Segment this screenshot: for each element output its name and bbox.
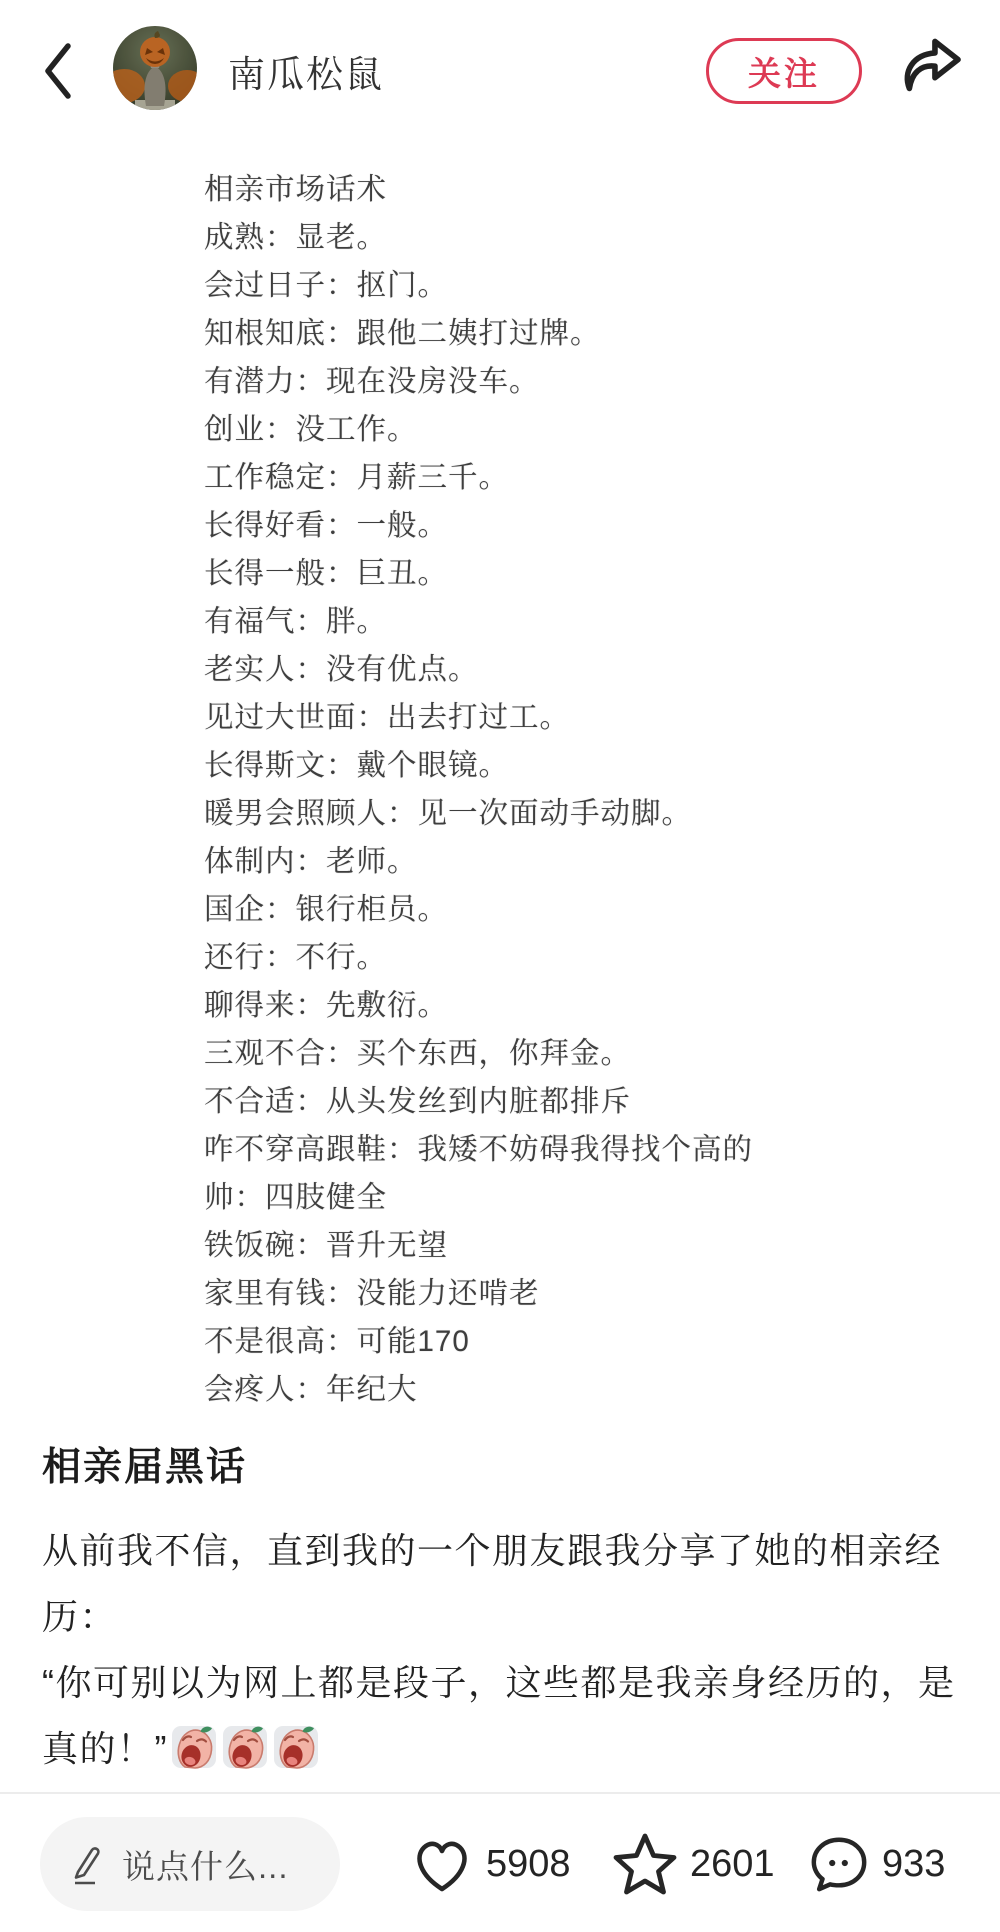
post-caption: 相亲届黑话 从前我不信，直到我的一个朋友跟我分享了她的相亲经历： “你可别以为网… xyxy=(42,1444,968,1782)
author-username[interactable]: 南瓜松鼠 xyxy=(228,44,384,98)
caption-paragraph-1: 从前我不信，直到我的一个朋友跟我分享了她的相亲经历： xyxy=(42,1518,968,1650)
image-text-line: 有福气：胖。 xyxy=(0,598,1000,646)
comment-input[interactable]: 说点什么... xyxy=(40,1817,340,1911)
share-arrow-icon xyxy=(897,37,963,97)
image-text-line: 体制内：老师。 xyxy=(0,838,1000,886)
image-text-line: 不是很高：可能170 xyxy=(0,1318,1000,1366)
image-text-line: 铁饭碗：晋升无望 xyxy=(0,1222,1000,1270)
image-text-line: 相亲市场话术 xyxy=(0,166,1000,214)
image-text-line: 咋不穿高跟鞋：我矮不妨碍我得找个高的 xyxy=(0,1126,1000,1174)
image-text-line: 三观不合：买个东西，你拜金。 xyxy=(0,1030,1000,1078)
back-button[interactable] xyxy=(38,40,78,102)
image-text-line: 工作稳定：月薪三千。 xyxy=(0,454,1000,502)
emoji-row xyxy=(168,1728,321,1769)
image-text-line: 长得斯文：戴个眼镜。 xyxy=(0,742,1000,790)
wailing-face-emoji xyxy=(273,1723,321,1771)
chevron-left-icon xyxy=(40,41,76,101)
collect-button[interactable]: 2601 xyxy=(612,1794,775,1932)
image-text-line: 长得好看：一般。 xyxy=(0,502,1000,550)
image-text-line: 创业：没工作。 xyxy=(0,406,1000,454)
pumpkin-squirrel-avatar-image xyxy=(113,26,197,110)
top-bar: 南瓜松鼠 关注 xyxy=(0,0,1000,130)
image-text-line: 见过大世面：出去打过工。 xyxy=(0,694,1000,742)
avatar[interactable] xyxy=(113,26,197,110)
comment-bubble-icon xyxy=(808,1834,870,1894)
like-button[interactable]: 5908 xyxy=(410,1794,571,1932)
image-text-line: 家里有钱：没能力还啃老 xyxy=(0,1270,1000,1318)
image-text-line: 会疼人：年纪大 xyxy=(0,1366,1000,1414)
image-text-line: 还行：不行。 xyxy=(0,934,1000,982)
comment-button[interactable]: 933 xyxy=(808,1794,945,1932)
image-text-line: 聊得来：先敷衍。 xyxy=(0,982,1000,1030)
pencil-icon xyxy=(68,1842,106,1886)
post-image[interactable]: 相亲市场话术 成熟：显老。 会过日子：抠门。 知根知底：跟他二姨打过牌。 有潜力… xyxy=(0,166,1000,1414)
caption-paragraph-2: “你可别以为网上都是段子，这些都是我亲身经历的，是真的！” xyxy=(42,1650,968,1782)
star-icon xyxy=(612,1832,678,1896)
image-text-line: 老实人：没有优点。 xyxy=(0,646,1000,694)
image-text-line: 国企：银行柜员。 xyxy=(0,886,1000,934)
image-text-line: 长得一般：巨丑。 xyxy=(0,550,1000,598)
image-text-line: 会过日子：抠门。 xyxy=(0,262,1000,310)
image-text-line: 成熟：显老。 xyxy=(0,214,1000,262)
bottom-action-bar: 说点什么... 5908 2601 933 xyxy=(0,1792,1000,1932)
image-text-line: 有潜力：现在没房没车。 xyxy=(0,358,1000,406)
image-text-line: 帅：四肢健全 xyxy=(0,1174,1000,1222)
wailing-face-emoji xyxy=(171,1723,219,1771)
collect-count: 2601 xyxy=(690,1843,775,1886)
heart-icon xyxy=(410,1834,474,1894)
share-button[interactable] xyxy=(895,32,965,102)
image-text-line: 知根知底：跟他二姨打过牌。 xyxy=(0,310,1000,358)
caption-title: 相亲届黑话 xyxy=(42,1444,968,1492)
comment-input-placeholder: 说点什么... xyxy=(122,1841,289,1888)
image-text-line: 不合适：从头发丝到内脏都排斥 xyxy=(0,1078,1000,1126)
follow-button[interactable]: 关注 xyxy=(706,38,862,104)
like-count: 5908 xyxy=(486,1843,571,1886)
image-text-line: 暖男会照顾人：见一次面动手动脚。 xyxy=(0,790,1000,838)
wailing-face-emoji xyxy=(222,1723,270,1771)
comment-count: 933 xyxy=(882,1843,945,1886)
